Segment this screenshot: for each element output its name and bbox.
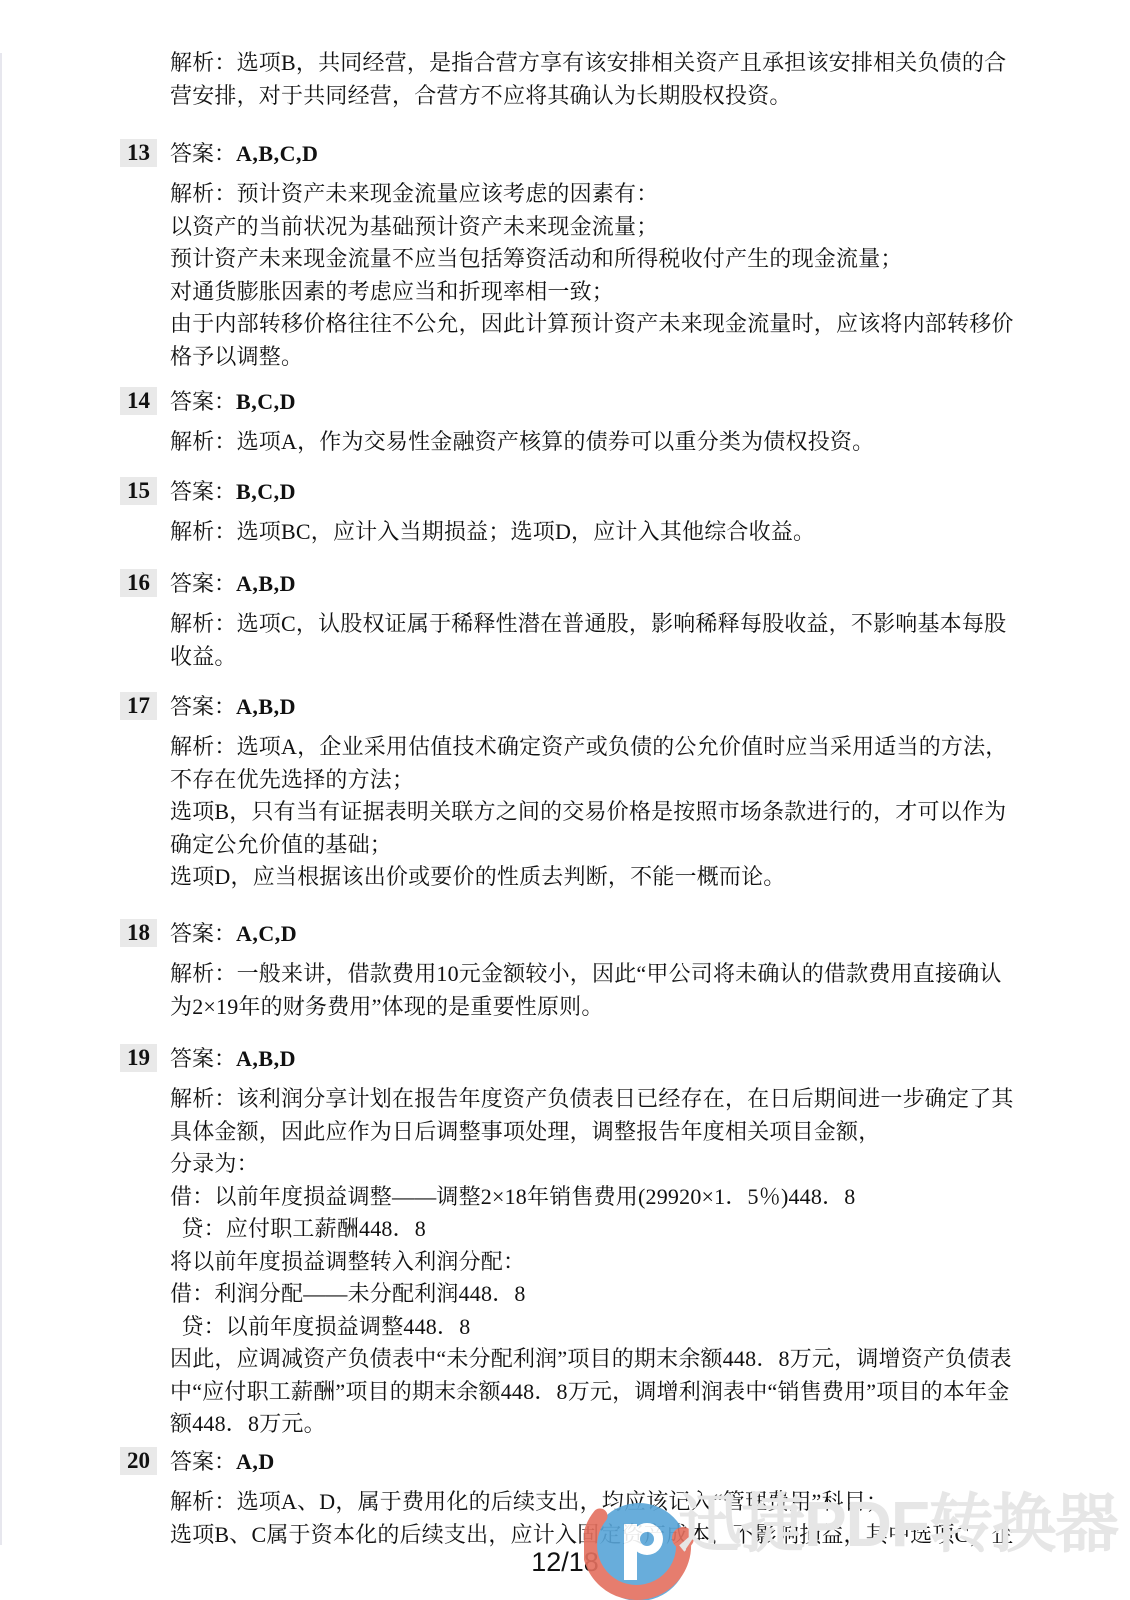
text-line: 选项B，只有当有证据表明关联方之间的交易价格是按照市场条款进行的，才可以作为 [170, 796, 1015, 829]
text-line: 中“应付职工薪酬”项目的期末余额448．8万元，调增利润表中“销售费用”项目的本… [170, 1376, 1015, 1409]
question-number: 13 [120, 139, 157, 167]
text-line: 解析：选项A、D，属于费用化的后续支出，均应该记入“管理费用”科目； [170, 1486, 1015, 1519]
answer-heading: 13 答案：A,B,C,D [170, 140, 1015, 167]
text-line: 将以前年度损益调整转入利润分配： [170, 1246, 1015, 1279]
answer-letters: A,B,D [236, 694, 296, 719]
answer-letters: A,B,D [236, 1046, 296, 1071]
text-line: 营安排，对于共同经营，合营方不应将其确认为长期股权投资。 [170, 80, 1015, 113]
explanation-text: 解析：该利润分享计划在报告年度资产负债表日已经存在，在日后期间进一步确定了其具体… [170, 1083, 1015, 1441]
answer-letters: B,C,D [236, 479, 296, 504]
text-line: 解析：选项C，认股权证属于稀释性潜在普通股，影响稀释每股收益，不影响基本每股 [170, 608, 1015, 641]
answer-heading: 16 答案：A,B,D [170, 570, 1015, 597]
answer-label: 答案： [170, 389, 236, 414]
question-number: 15 [120, 477, 157, 505]
question-number: 17 [120, 692, 157, 720]
answer-label: 答案： [170, 1449, 236, 1474]
text-line: 对通货膨胀因素的考虑应当和折现率相一致； [170, 276, 1015, 309]
question-number: 20 [120, 1447, 157, 1475]
answer-label: 答案： [170, 571, 236, 596]
text-line: 解析：选项A，作为交易性金融资产核算的债券可以重分类为债权投资。 [170, 426, 1015, 459]
answer-block-17: 17 答案：A,B,D 解析：选项A，企业采用估值技术确定资产或负债的公允价值时… [170, 693, 1015, 894]
answer-block-15: 15 答案：B,C,D 解析：选项BC，应计入当期损益；选项D，应计入其他综合收… [170, 478, 1015, 549]
document-page: 解析：选项B，共同经营，是指合营方享有该安排相关资产且承担该安排相关负债的合营安… [0, 0, 1130, 1600]
question-number: 16 [120, 569, 157, 597]
explanation-text: 解析：选项BC，应计入当期损益；选项D，应计入其他综合收益。 [170, 516, 1015, 549]
answer-label: 答案： [170, 479, 236, 504]
explanation-text: 解析：选项A，作为交易性金融资产核算的债券可以重分类为债权投资。 [170, 426, 1015, 459]
text-line: 具体金额，因此应作为日后调整事项处理，调整报告年度相关项目金额， [170, 1116, 1015, 1149]
answer-heading: 18 答案：A,C,D [170, 920, 1015, 947]
text-line: 解析：该利润分享计划在报告年度资产负债表日已经存在，在日后期间进一步确定了其 [170, 1083, 1015, 1116]
text-line: 确定公允价值的基础； [170, 829, 1015, 862]
answer-letters: B,C,D [236, 389, 296, 414]
text-line: 解析：一般来讲，借款费用10元金额较小，因此“甲公司将未确认的借款费用直接确认 [170, 958, 1015, 991]
question-number: 18 [120, 919, 157, 947]
text-line: 解析：选项B，共同经营，是指合营方享有该安排相关资产且承担该安排相关负债的合 [170, 47, 1015, 80]
text-line: 贷：应付职工薪酬448．8 [170, 1213, 1015, 1246]
answer-label: 答案： [170, 1046, 236, 1071]
text-line: 借：以前年度损益调整——调整2×18年销售费用(29920×1．5％)448．8 [170, 1181, 1015, 1214]
answer-block-19: 19 答案：A,B,D 解析：该利润分享计划在报告年度资产负债表日已经存在，在日… [170, 1045, 1015, 1441]
explanation-text: 解析：选项A、D，属于费用化的后续支出，均应该记入“管理费用”科目；选项B、C属… [170, 1486, 1015, 1551]
answer-heading: 19 答案：A,B,D [170, 1045, 1015, 1072]
answer-heading: 15 答案：B,C,D [170, 478, 1015, 505]
text-line: 解析：选项A，企业采用估值技术确定资产或负债的公允价值时应当采用适当的方法， [170, 731, 1015, 764]
explanation-text: 解析：选项C，认股权证属于稀释性潜在普通股，影响稀释每股收益，不影响基本每股收益… [170, 608, 1015, 673]
page-edge-line [0, 53, 2, 1545]
explanation-text: 解析：一般来讲，借款费用10元金额较小，因此“甲公司将未确认的借款费用直接确认为… [170, 958, 1015, 1023]
text-line: 格予以调整。 [170, 341, 1015, 374]
text-line: 贷：以前年度损益调整448．8 [170, 1311, 1015, 1344]
text-line: 收益。 [170, 641, 1015, 674]
answer-heading: 14 答案：B,C,D [170, 388, 1015, 415]
carryover-paragraph: 解析：选项B，共同经营，是指合营方享有该安排相关资产且承担该安排相关负债的合营安… [170, 47, 1015, 112]
answer-heading: 20 答案：A,D [170, 1448, 1015, 1475]
text-line: 分录为： [170, 1148, 1015, 1181]
text-line: 选项D，应当根据该出价或要价的性质去判断，不能一概而论。 [170, 861, 1015, 894]
text-line: 额448．8万元。 [170, 1408, 1015, 1441]
text-line: 由于内部转移价格往往不公允，因此计算预计资产未来现金流量时，应该将内部转移价 [170, 308, 1015, 341]
answer-block-14: 14 答案：B,C,D 解析：选项A，作为交易性金融资产核算的债券可以重分类为债… [170, 388, 1015, 459]
text-line: 解析：选项BC，应计入当期损益；选项D，应计入其他综合收益。 [170, 516, 1015, 549]
answer-block-18: 18 答案：A,C,D 解析：一般来讲，借款费用10元金额较小，因此“甲公司将未… [170, 920, 1015, 1023]
text-line: 不存在优先选择的方法； [170, 764, 1015, 797]
explanation-text: 解析：预计资产未来现金流量应该考虑的因素有：以资产的当前状况为基础预计资产未来现… [170, 178, 1015, 373]
answer-letters: A,D [236, 1449, 275, 1474]
text-line: 解析：预计资产未来现金流量应该考虑的因素有： [170, 178, 1015, 211]
answer-label: 答案： [170, 921, 236, 946]
explanation-text: 解析：选项A，企业采用估值技术确定资产或负债的公允价值时应当采用适当的方法，不存… [170, 731, 1015, 894]
question-number: 14 [120, 387, 157, 415]
answer-letters: A,B,C,D [236, 141, 318, 166]
text-line: 为2×19年的财务费用”体现的是重要性原则。 [170, 991, 1015, 1024]
answer-block-16: 16 答案：A,B,D 解析：选项C，认股权证属于稀释性潜在普通股，影响稀释每股… [170, 570, 1015, 673]
answer-block-13: 13 答案：A,B,C,D 解析：预计资产未来现金流量应该考虑的因素有：以资产的… [170, 140, 1015, 373]
page-number: 12/18 [0, 1547, 1130, 1578]
text-line: 以资产的当前状况为基础预计资产未来现金流量； [170, 211, 1015, 244]
answer-letters: A,C,D [236, 921, 297, 946]
text-line: 借：利润分配——未分配利润448．8 [170, 1278, 1015, 1311]
text-line: 因此，应调减资产负债表中“未分配利润”项目的期末余额448．8万元，调增资产负债… [170, 1343, 1015, 1376]
text-line: 预计资产未来现金流量不应当包括筹资活动和所得税收付产生的现金流量； [170, 243, 1015, 276]
answer-letters: A,B,D [236, 571, 296, 596]
answer-block-20: 20 答案：A,D 解析：选项A、D，属于费用化的后续支出，均应该记入“管理费用… [170, 1448, 1015, 1551]
answer-label: 答案： [170, 141, 236, 166]
answer-label: 答案： [170, 694, 236, 719]
question-number: 19 [120, 1044, 157, 1072]
answer-heading: 17 答案：A,B,D [170, 693, 1015, 720]
